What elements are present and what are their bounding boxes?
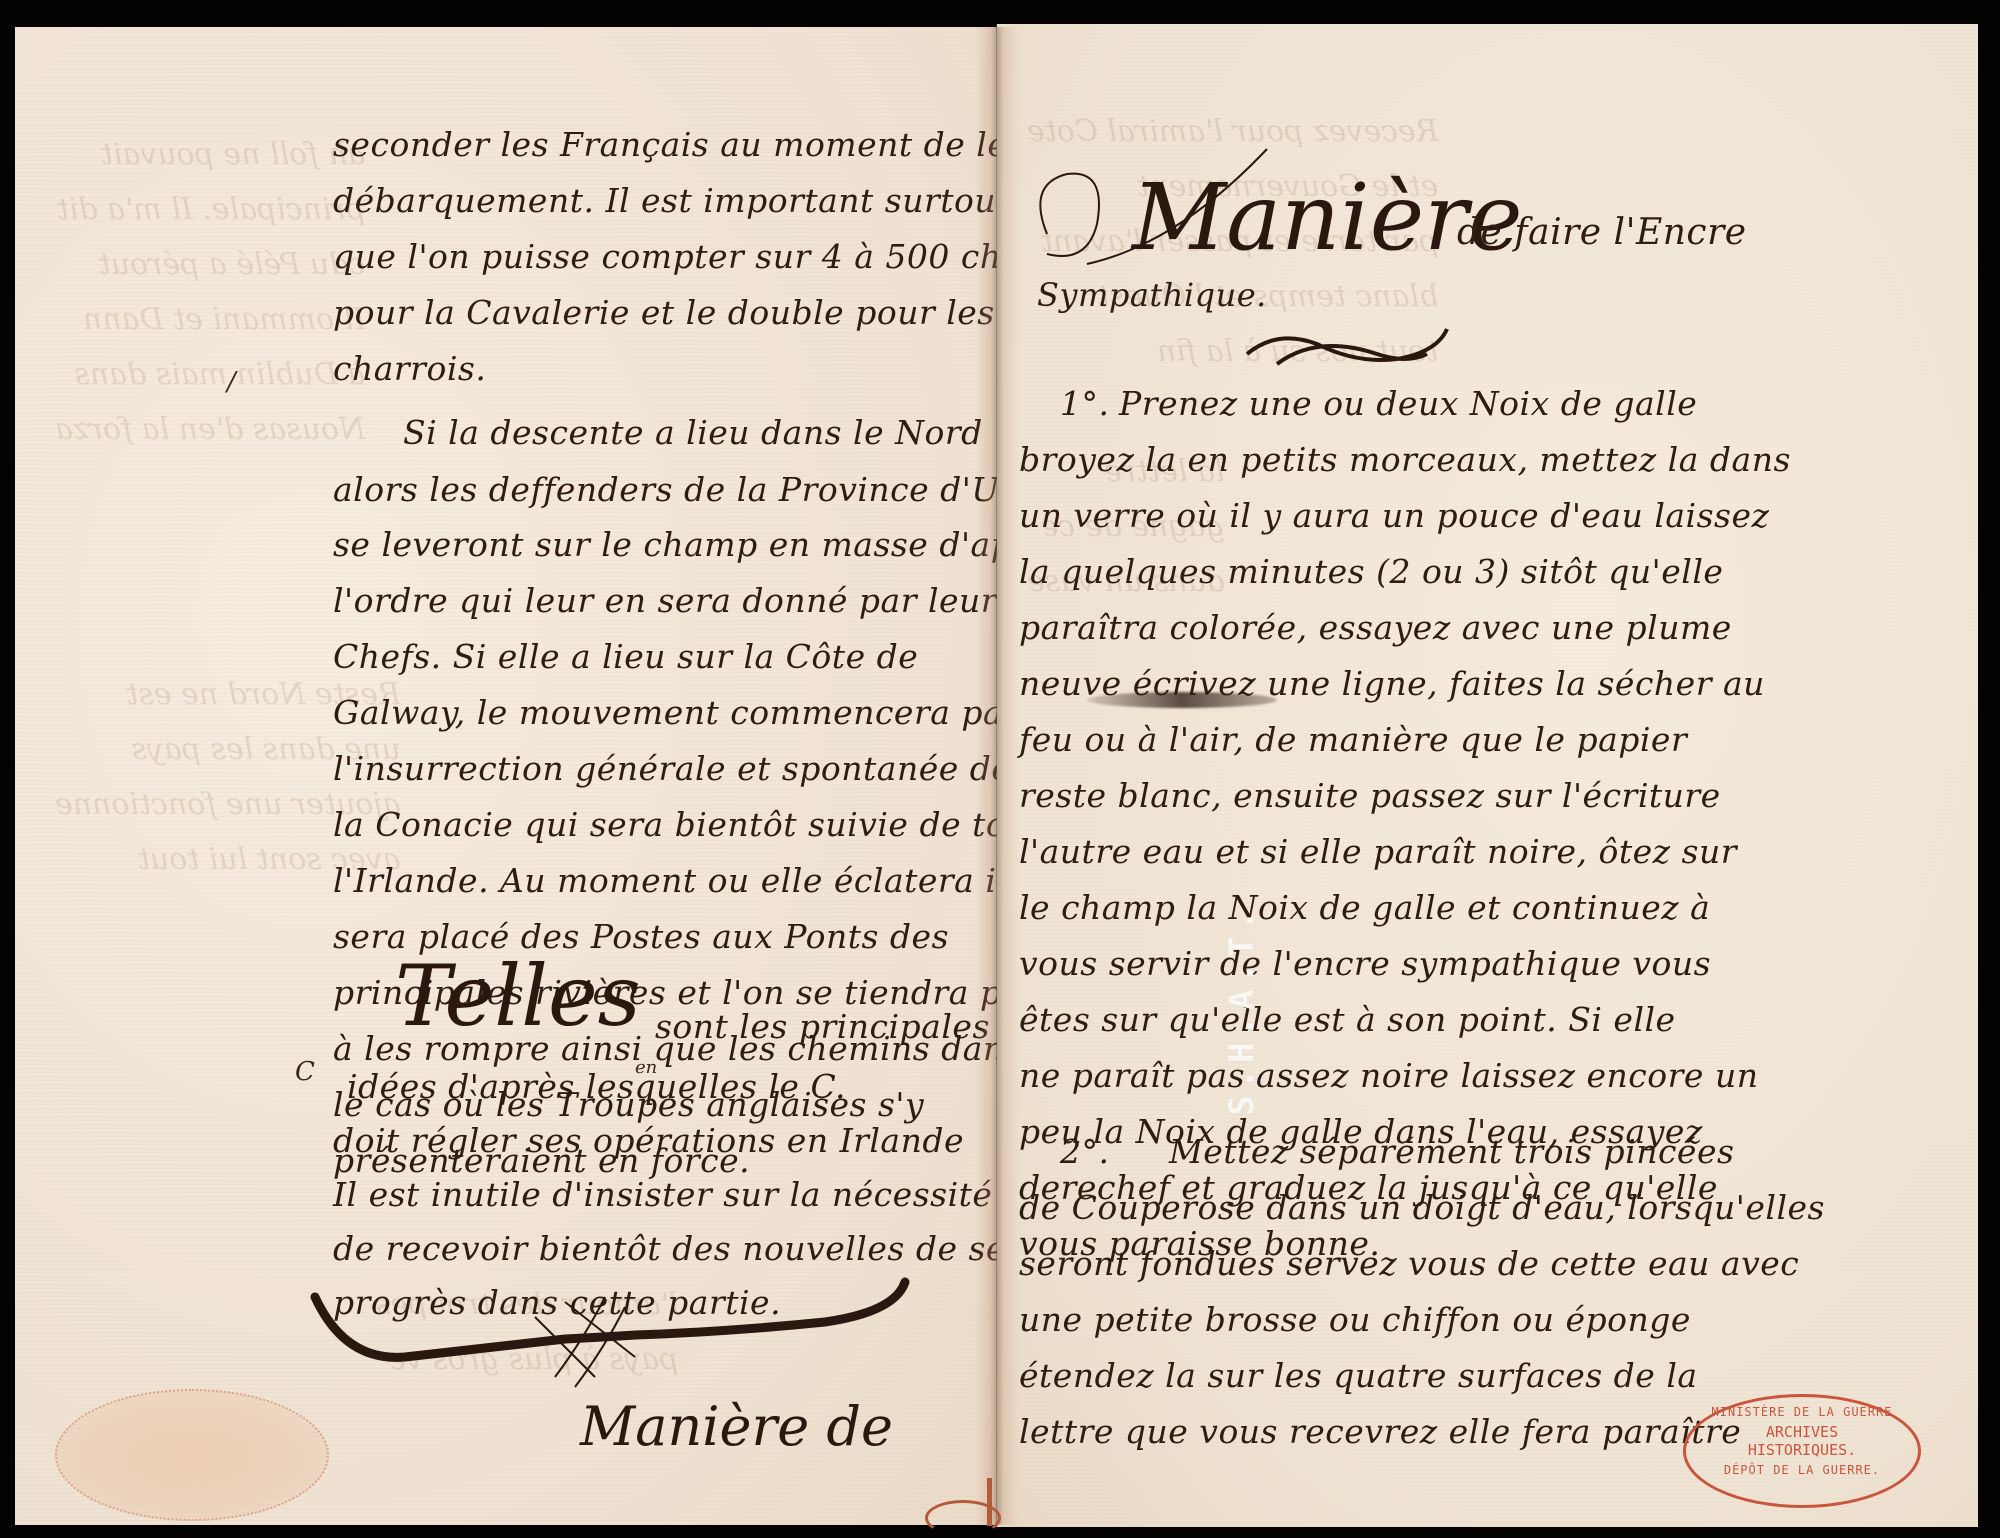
margin-mark: / <box>227 367 236 397</box>
text-line: feu ou à l'air, de manière que le papier <box>1019 720 1687 759</box>
text-line: se leveront sur le champ en masse d'aprè… <box>333 525 1066 564</box>
text-line: paraîtra colorée, essayez avec une plume <box>1019 608 1732 647</box>
faded-archive-stamp <box>55 1389 329 1521</box>
text-line: Si la descente a lieu dans le Nord <box>403 413 983 452</box>
text-line: êtes sur qu'elle est à son point. Si ell… <box>1019 1000 1676 1039</box>
stamp-center-1: ARCHIVES <box>1686 1423 1918 1441</box>
closing-initial-telles: Telles <box>395 947 641 1045</box>
text-line: un verre où il y aura un pouce d'eau lai… <box>1019 496 1769 535</box>
text-line: l'ordre qui leur en sera donné par leurs <box>333 581 1015 620</box>
right-page: Recevez pour l'amiral Coteet le Gouverne… <box>997 24 1978 1527</box>
stamp-bottom-arc: DÉPÔT DE LA GUERRE. <box>1686 1463 1918 1477</box>
text-line: lettre que vous recevrez elle fera paraî… <box>1019 1412 1741 1451</box>
text-line: la Conacie qui sera bientôt suivie de to… <box>333 805 1062 844</box>
text-line: de recevoir bientôt des nouvelles de ses <box>333 1229 1023 1268</box>
left-page: ah foll ne pouvaitprincipale. Il m'a dit… <box>15 27 997 1525</box>
title-sympathique: Sympathique. <box>1037 276 1267 314</box>
stamp-top-arc: MINISTÈRE DE LA GUERRE <box>1686 1405 1918 1419</box>
stamp-center-2: HISTORIQUES. <box>1686 1441 1918 1459</box>
title-separator-flourish <box>1237 324 1457 384</box>
margin-note-c: C <box>295 1057 315 1087</box>
text-line: doit régler ses opérations en Irlande <box>333 1121 964 1160</box>
text-line: Mettez séparément trois pincées <box>1169 1132 1734 1171</box>
text-line: Chefs. Si elle a lieu sur la Côte de <box>333 637 918 676</box>
text-line: seront fondues servez vous de cette eau … <box>1019 1244 1799 1283</box>
section-number-2: 2°. <box>1060 1132 1110 1171</box>
closing-first-line: sont les principales <box>655 1007 990 1046</box>
text-line: étendez la sur les quatre surfaces de la <box>1019 1356 1698 1395</box>
text-line: neuve écrivez une ligne, faites la séche… <box>1019 664 1765 703</box>
text-line: idées d'après lesquelles le C. <box>347 1067 846 1106</box>
text-line: vous servir de l'encre sympathique vous <box>1019 944 1711 983</box>
text-line: la quelques minutes (2 ou 3) sitôt qu'el… <box>1019 552 1723 591</box>
catchword-maniere-de: Manière de <box>580 1395 893 1458</box>
text-line: Prenez une ou deux Noix de galle <box>1119 384 1697 423</box>
binding-gutter <box>975 27 1019 1525</box>
title-subtitle: de faire l'Encre <box>1457 212 1747 253</box>
binding-thread-vertical <box>987 1478 992 1526</box>
text-line: Il est inutile d'insister sur la nécessi… <box>333 1175 992 1214</box>
archives-historiques-stamp: MINISTÈRE DE LA GUERRE ARCHIVES HISTORIQ… <box>1683 1394 1921 1508</box>
text-line: le champ la Noix de galle et continuez à <box>1019 888 1710 927</box>
text-line: une petite brosse ou chiffon ou éponge <box>1019 1300 1691 1339</box>
text-line: broyez la en petits morceaux, mettez la … <box>1019 440 1791 479</box>
text-line: débarquement. Il est important surtout <box>333 181 1010 220</box>
text-line: de Couperose dans un doigt d'eau, lorsqu… <box>1019 1188 1825 1227</box>
bleed-through-text: ah foll ne pouvaitprincipale. Il m'a dit… <box>55 127 365 457</box>
text-line: seconder les Français au moment de leur <box>333 125 1045 164</box>
perforation-stamp: S.H.A.T. <box>1222 904 1262 1116</box>
end-flourish <box>305 1277 925 1397</box>
section-number-1: 1°. <box>1060 384 1110 423</box>
text-line: reste blanc, ensuite passez sur l'écritu… <box>1019 776 1721 815</box>
text-line: pour la Cavalerie et le double pour les <box>333 293 995 332</box>
text-line: Galway, le mouvement commencera par <box>333 693 1019 732</box>
text-line: l'Irlande. Au moment ou elle éclatera il <box>333 861 1007 900</box>
text-line: ne paraît pas assez noire laissez encore… <box>1019 1056 1758 1095</box>
text-line: l'insurrection générale et spontanée de <box>333 749 1011 788</box>
text-line: charrois. <box>333 349 486 388</box>
fold-line <box>996 24 997 1529</box>
text-line: l'autre eau et si elle paraît noire, ôte… <box>1019 832 1737 871</box>
